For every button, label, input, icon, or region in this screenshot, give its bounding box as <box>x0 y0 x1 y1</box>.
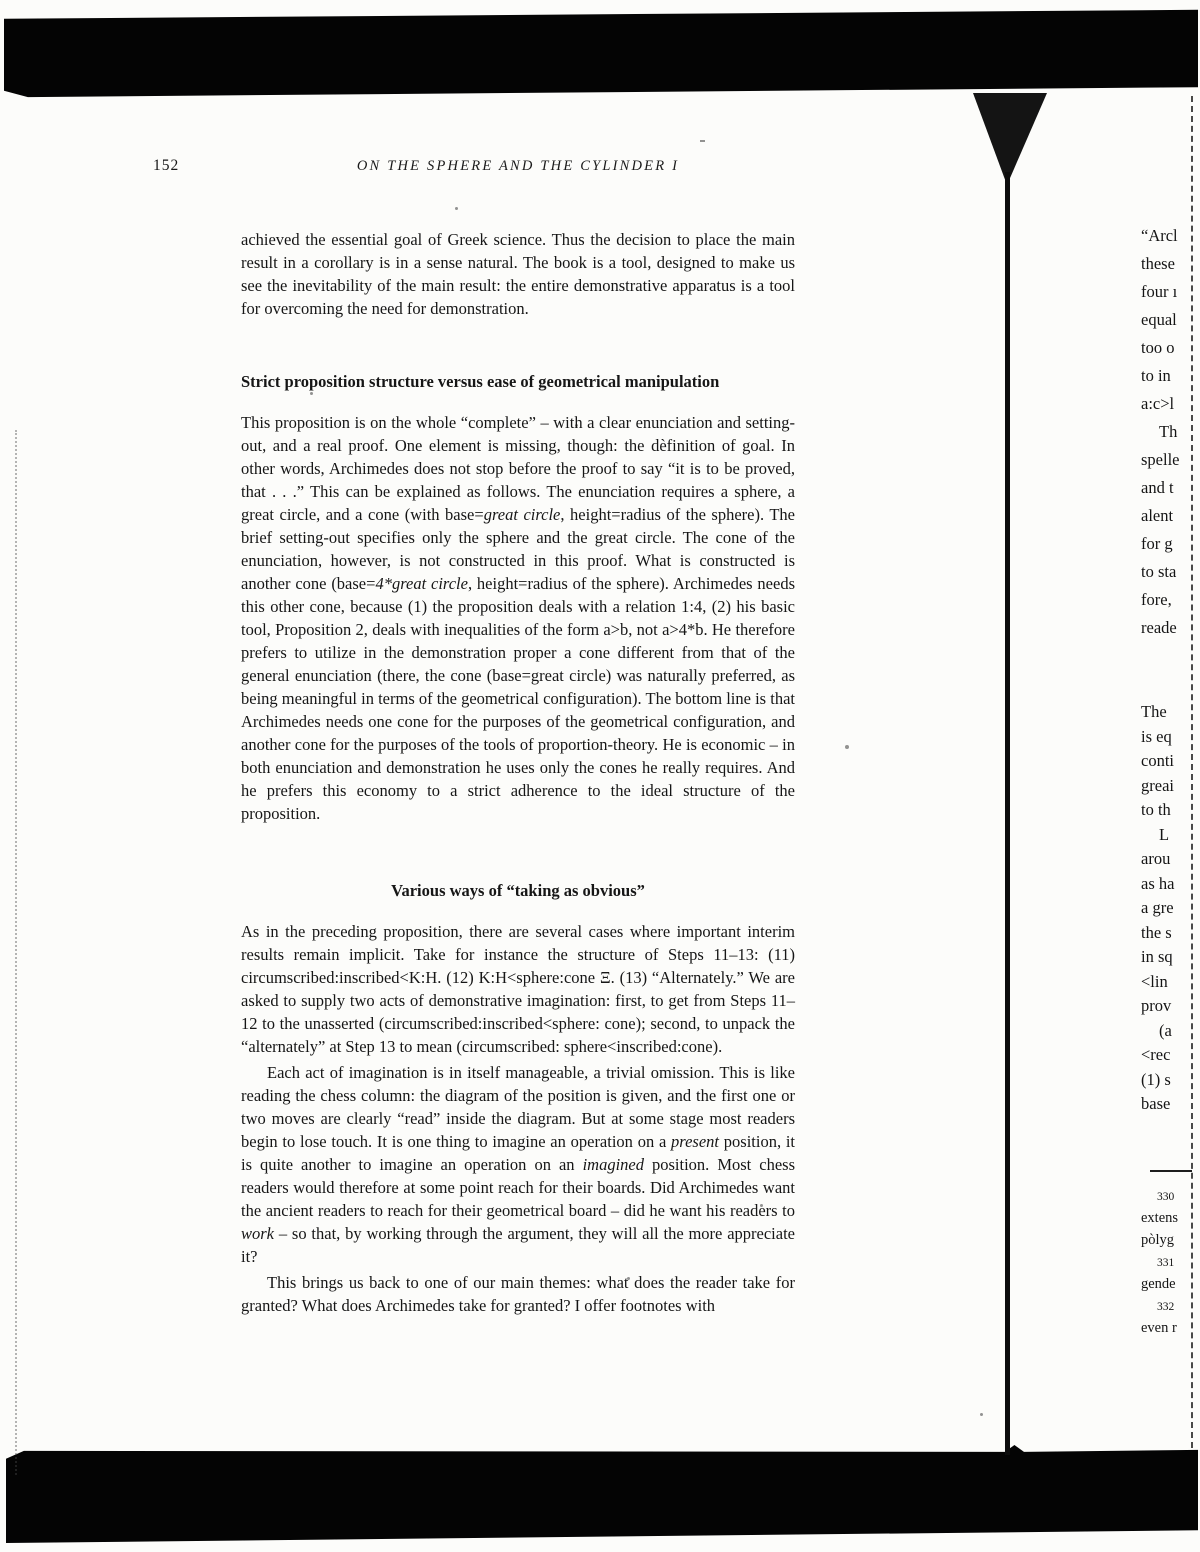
page-fragment-line: L <box>1141 823 1198 848</box>
scan-noise-dot <box>700 140 705 142</box>
page-fragment-line: is eq <box>1141 725 1198 750</box>
footnote-fragment-line: even r <box>1141 1321 1198 1336</box>
footnote-fragment-line: extens <box>1141 1211 1198 1226</box>
page-fragment-line: greai <box>1141 774 1198 799</box>
page-fragment-line: a:c>l <box>1141 390 1198 418</box>
right-page-footnotes: 330extenspòlyg331gende332even r <box>1141 1182 1198 1343</box>
page-fragment-line: a gre <box>1141 896 1198 921</box>
footnote-rule <box>1150 1170 1192 1172</box>
scan-artifact-bottom-bar <box>6 1445 1198 1543</box>
page-fragment-line: the s <box>1141 921 1198 946</box>
body-paragraph: achieved the essential goal of Greek sci… <box>241 228 795 320</box>
page-body: achieved the essential goal of Greek sci… <box>241 228 795 1317</box>
page-fragment-line: prov <box>1141 994 1198 1019</box>
section-heading: Strict proposition structure versus ease… <box>241 370 795 393</box>
scan-noise-dot <box>980 1413 983 1416</box>
page-fragment-line: for g <box>1141 530 1198 558</box>
body-paragraph: This proposition is on the whole “comple… <box>241 411 795 825</box>
book-gutter-shadow-top <box>973 93 1047 185</box>
page-fragment-line: conti <box>1141 749 1198 774</box>
page-fragment-line: too o <box>1141 334 1198 362</box>
page-fragment-line: equal <box>1141 306 1198 334</box>
footnote-number: 331 <box>1157 1257 1198 1270</box>
page-fragment-line: these <box>1141 250 1198 278</box>
page-fragment-line: fore, <box>1141 586 1198 614</box>
right-page-bottom: Theis eqcontigreaito thLarouas haa greth… <box>1141 700 1198 1117</box>
footnote-number: 330 <box>1157 1191 1198 1204</box>
body-paragraph: This brings us back to one of our main t… <box>241 1271 795 1317</box>
page-number: 152 <box>153 157 179 175</box>
page-fragment-line: in sq <box>1141 945 1198 970</box>
running-head: ON THE SPHERE AND THE CYLINDER I <box>241 158 795 175</box>
page-fragment-line: arou <box>1141 847 1198 872</box>
page-fragment-line: alent <box>1141 502 1198 530</box>
page-fragment-line: The <box>1141 700 1198 725</box>
page-fragment-line: (1) s <box>1141 1068 1198 1093</box>
page-fragment-line: spelle <box>1141 446 1198 474</box>
section-heading: Various ways of “taking as obvious” <box>241 879 795 902</box>
page-fragment-line: (a <box>1141 1019 1198 1044</box>
footnote-number: 332 <box>1157 1301 1198 1314</box>
page-fragment-line: as ha <box>1141 872 1198 897</box>
footnote-fragment-line: gende <box>1141 1277 1198 1292</box>
footnote-fragment-line: pòlyg <box>1141 1233 1198 1248</box>
page-fragment-line: and t <box>1141 474 1198 502</box>
page-fragment-line: <lin <box>1141 970 1198 995</box>
page-fragment-line: reade <box>1141 614 1198 642</box>
page-fragment-line: to sta <box>1141 558 1198 586</box>
page-fragment-line: Th <box>1141 418 1198 446</box>
scan-artifact-top-bar <box>4 8 1198 98</box>
scanned-book-page: 152 ON THE SPHERE AND THE CYLINDER I ach… <box>0 0 1200 1552</box>
page-fragment-line: four ı <box>1141 278 1198 306</box>
scan-noise-dot <box>455 207 458 210</box>
right-page-top: “Arclthesefour ıequaltoo oto ina:c>lThsp… <box>1141 222 1198 642</box>
scan-noise-left-line <box>15 430 17 1475</box>
page-fragment-line: “Arcl <box>1141 222 1198 250</box>
body-paragraph: Each act of imagination is in itself man… <box>241 1061 795 1268</box>
page-fragment-line: <rec <box>1141 1043 1198 1068</box>
scan-noise-dot <box>845 745 849 749</box>
page-fragment-line: to in <box>1141 362 1198 390</box>
page-fragment-line: to th <box>1141 798 1198 823</box>
book-gutter-shadow-line <box>1005 172 1010 1455</box>
page-fragment-line: base <box>1141 1092 1198 1117</box>
body-paragraph: As in the preceding proposition, there a… <box>241 920 795 1058</box>
